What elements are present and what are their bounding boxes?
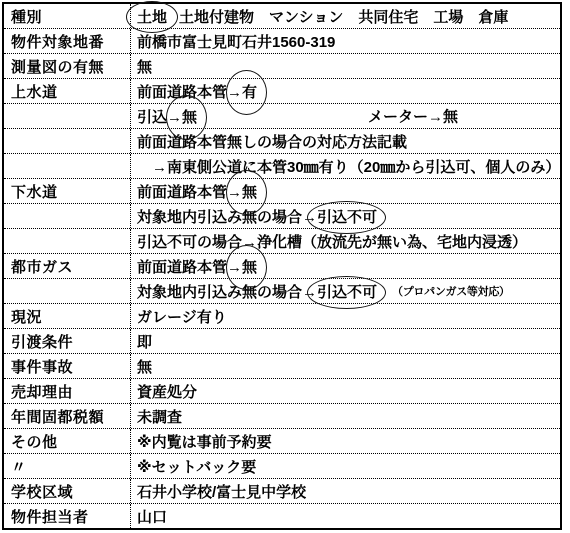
row-value: 無: [130, 354, 560, 378]
row-value-text: 前面道路本管→: [137, 181, 242, 202]
row-label: 年間固都税額: [4, 404, 130, 428]
table-row-sewer-connection: 対象地内引込み無の場合→引込不可: [4, 204, 560, 229]
row-label: 物件担当者: [4, 504, 130, 528]
row-value: 石井小学校/富士見中学校: [130, 479, 560, 503]
table-row-water-supply: 上水道 前面道路本管→有: [4, 79, 560, 104]
row-label: 上水道: [4, 79, 130, 103]
type-options: 土地付建物 マンション 共同住宅 工場 倉庫: [179, 6, 508, 27]
row-label: 物件対象地番: [4, 29, 130, 53]
table-row-current-state: 現況 ガレージ有り: [4, 304, 560, 329]
row-value: 引込不可の場合→浄化槽（放流先が無い為、宅地内浸透）: [130, 229, 560, 253]
row-label: その他: [4, 429, 130, 453]
table-row-sewer: 下水道 前面道路本管→無: [4, 179, 560, 204]
row-value: ガレージ有り: [130, 304, 560, 328]
row-label: 現況: [4, 304, 130, 328]
table-row-sewer-note: 引込不可の場合→浄化槽（放流先が無い為、宅地内浸透）: [4, 229, 560, 254]
row-value-text: 対象地内引込み無の場合→: [137, 281, 317, 302]
row-label: 事件事故: [4, 354, 130, 378]
property-info-table: 種別 土地土地付建物 マンション 共同住宅 工場 倉庫 物件対象地番 前橋市富士…: [2, 2, 562, 530]
row-label: 学校区域: [4, 479, 130, 503]
row-label: 売却理由: [4, 379, 130, 403]
table-row-water-connection: 引込→無 メーター→無: [4, 104, 560, 129]
table-row-water-note-detail: →南東側公道に本管30㎜有り（20㎜から引込可、個人のみ）: [4, 154, 560, 179]
row-label: [4, 229, 130, 253]
table-row-sale-reason: 売却理由 資産処分: [4, 379, 560, 404]
row-label: [4, 104, 130, 128]
row-value: 即: [130, 329, 560, 353]
row-value: 無: [130, 54, 560, 78]
table-row-type: 種別 土地土地付建物 マンション 共同住宅 工場 倉庫: [4, 4, 560, 29]
row-label: 都市ガス: [4, 254, 130, 278]
row-label: 〃: [4, 454, 130, 478]
row-value-text: 対象地内引込み無の場合→: [137, 206, 317, 227]
circled-value-no: 無: [242, 256, 257, 277]
row-value: 未調査: [130, 404, 560, 428]
table-row-city-gas: 都市ガス 前面道路本管→無: [4, 254, 560, 279]
row-value: 前面道路本管無しの場合の対応方法記載: [130, 129, 560, 153]
row-value: 山口: [130, 504, 560, 528]
table-row-other: その他 ※内覧は事前予約要: [4, 429, 560, 454]
meter-note: メーター→無: [368, 106, 458, 127]
row-label: 測量図の有無: [4, 54, 130, 78]
row-value-text: 前面道路本管→: [137, 256, 242, 277]
propane-note: （プロパンガス等対応）: [392, 283, 510, 299]
row-label: 引渡条件: [4, 329, 130, 353]
table-row-survey-map: 測量図の有無 無: [4, 54, 560, 79]
table-row-parcel-number: 物件対象地番 前橋市富士見町石井1560-319: [4, 29, 560, 54]
row-value: →南東側公道に本管30㎜有り（20㎜から引込可、個人のみ）: [130, 154, 560, 178]
row-value: ※内覧は事前予約要: [130, 429, 560, 453]
row-value: 引込→無 メーター→無: [130, 104, 560, 128]
row-value: 土地土地付建物 マンション 共同住宅 工場 倉庫: [130, 4, 560, 28]
row-value: 対象地内引込み無の場合→引込不可（プロパンガス等対応）: [130, 279, 560, 303]
table-row-school-district: 学校区域 石井小学校/富士見中学校: [4, 479, 560, 504]
row-label: [4, 129, 130, 153]
table-row-gas-connection: 対象地内引込み無の場合→引込不可（プロパンガス等対応）: [4, 279, 560, 304]
circled-value-land: 土地: [137, 6, 167, 27]
circled-value-not-connectable: 引込不可: [317, 281, 377, 302]
row-value: 前面道路本管→無: [130, 179, 560, 203]
circled-value-no: 無: [242, 181, 257, 202]
row-value-text: 引込→: [137, 106, 182, 127]
table-row-incidents: 事件事故 無: [4, 354, 560, 379]
row-value: 前面道路本管→無: [130, 254, 560, 278]
table-row-water-note-header: 前面道路本管無しの場合の対応方法記載: [4, 129, 560, 154]
row-value: 対象地内引込み無の場合→引込不可: [130, 204, 560, 228]
row-label: [4, 204, 130, 228]
table-row-annual-tax: 年間固都税額 未調査: [4, 404, 560, 429]
table-row-other-ditto: 〃 ※セットバック要: [4, 454, 560, 479]
row-label: [4, 154, 130, 178]
row-label: 種別: [4, 4, 130, 28]
row-label: 下水道: [4, 179, 130, 203]
row-value: 資産処分: [130, 379, 560, 403]
row-value-text: 前面道路本管→: [137, 81, 242, 102]
circled-value-yes: 有: [242, 81, 257, 102]
row-value: 前面道路本管→有: [130, 79, 560, 103]
row-label: [4, 279, 130, 303]
row-value: 前橋市富士見町石井1560-319: [130, 29, 560, 53]
table-row-agent: 物件担当者 山口: [4, 504, 560, 528]
circled-value-not-connectable: 引込不可: [317, 206, 377, 227]
row-value: ※セットバック要: [130, 454, 560, 478]
circled-value-no: 無: [182, 106, 197, 127]
table-row-handover-terms: 引渡条件 即: [4, 329, 560, 354]
